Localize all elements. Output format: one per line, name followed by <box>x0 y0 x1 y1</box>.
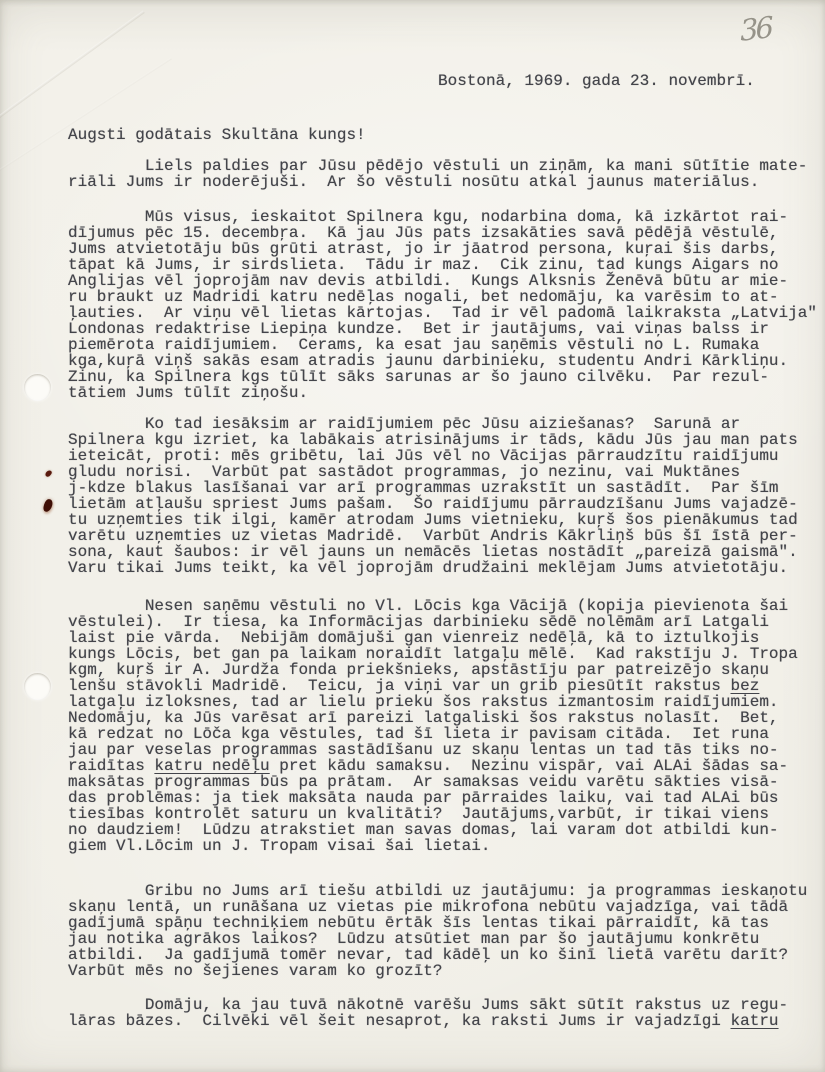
letter-line: Gribu no Jums arī tiešu atbildi uz jautā… <box>68 883 825 899</box>
letter-line: varētu uzņemties uz vietas Madridē. Varb… <box>68 528 825 544</box>
letter-line: ru braukt uz Madridi katru nedēļas nogal… <box>68 289 825 305</box>
letter-line: vēstulei). Ir tiesa, ka Informācijas dar… <box>68 614 825 630</box>
letter-line: atbildi. Ja gadījumā tomēr nevar, tad kā… <box>68 947 825 963</box>
letter-line: no daudziem! Lūdzu atrakstiet man savas … <box>68 822 825 838</box>
letter-line: gadījumā spāņu techniķiem nebūtu ērtāk š… <box>68 915 825 931</box>
paragraph: Liels paldies par Jūsu pēdējo vēstuli un… <box>68 158 825 190</box>
letter-line: skaņu lentā, un runāšana uz vietas pie m… <box>68 899 825 915</box>
letter-line: lāras bāzes. Cilvēki vēl šeit nesaprot, … <box>68 1013 825 1029</box>
letter-line: Londonas redaktrise Liepiņa kundze. Bet … <box>68 321 825 337</box>
letter-line: dījumus pēc 15. decembŗa. Kā jau Jūs pat… <box>68 225 825 241</box>
letter-line: raidītas katru nedēļu pret kādu samaksu.… <box>68 758 825 774</box>
letter-line: tu uzņemties tik ilgi, kamēr atrodam Jum… <box>68 512 825 528</box>
letter-line: piemērota raidījumiem. Cerams, ka esat j… <box>68 337 825 353</box>
date-line: Bostonā, 1969. gada 23. novembrī. <box>438 73 755 89</box>
letter-line: Nedomāju, ka Jūs varēsat arī pareizi lat… <box>68 710 825 726</box>
letter-line: ļauties. Ar viņu vēl lietas kārtojas. Ta… <box>68 305 825 321</box>
letter-line: laist pie vārda. Nebijām domājuši gan vi… <box>68 630 825 646</box>
letter-line: Jums atvietotāju būs grūti atrast, jo ir… <box>68 241 825 257</box>
paragraph: Gribu no Jums arī tiešu atbildi uz jautā… <box>68 883 825 979</box>
rust-stain-large <box>43 498 54 513</box>
letter-line: giem Vl.Lōcim un J. Tropam visai šai lie… <box>68 838 825 854</box>
letter-body: Liels paldies par Jūsu pēdējo vēstuli un… <box>68 158 825 1029</box>
letter-page: 36 Bostonā, 1969. gada 23. novembrī. Aug… <box>0 0 825 1072</box>
letter-line: gludu norisi. Varbūt pat sastādot progra… <box>68 464 825 480</box>
letter-line: kungs Lōcis, bet gan pa laikam noraidīt … <box>68 646 825 662</box>
letter-line: maksātas programmas būs pa prātam. Ar sa… <box>68 774 825 790</box>
letter-line: tāpat kā Jums, ir sirdslieta. Tādu ir ma… <box>68 257 825 273</box>
letter-line: tiesības kontrolēt saturu un kvalitāti? … <box>68 806 825 822</box>
punch-hole-bottom <box>24 673 51 700</box>
letter-line: kā redzat no Lōča kga vēstules, tad šī l… <box>68 726 825 742</box>
letter-line: Varbūt mēs no šejienes varam ko grozīt? <box>68 963 825 979</box>
paragraph: Mūs visus, ieskaitot Spilnera kgu, nodar… <box>68 209 825 401</box>
letter-line: riāli Jums ir noderējuši. Ar šo vēstuli … <box>68 174 825 190</box>
punch-hole-top <box>24 374 51 401</box>
paragraph: Ko tad iesāksim ar raidījumiem pēc Jūsu … <box>68 416 825 576</box>
letter-line: Nesen saņēmu vēstuli no Vl. Lōcis kga Vā… <box>68 598 825 614</box>
pencil-page-number: 36 <box>739 10 771 48</box>
letter-line: Ko tad iesāksim ar raidījumiem pēc Jūsu … <box>68 416 825 432</box>
letter-line: tātiem Jums tūlīt ziņošu. <box>68 385 825 401</box>
letter-line: Liels paldies par Jūsu pēdējo vēstuli un… <box>68 158 825 174</box>
letter-line: Zinu, ka Spilnera kgs tūlīt sāks sarunas… <box>68 369 825 385</box>
rust-stain-small <box>44 469 52 478</box>
letter-line: jau par veselas programmas sastādīšanu u… <box>68 742 825 758</box>
letter-line: Mūs visus, ieskaitot Spilnera kgu, nodar… <box>68 209 825 225</box>
letter-line: jau notika agrākos laikos? Lūdzu atsūtie… <box>68 931 825 947</box>
letter-line: kgm, kuŗš ir A. Jurdža fonda priekšnieks… <box>68 662 825 678</box>
paper-crease <box>0 10 145 124</box>
letter-line: Domāju, ka jau tuvā nākotnē varēšu Jums … <box>68 997 825 1013</box>
salutation: Augsti godātais Skultāna kungs! <box>68 127 366 143</box>
underlined-text: katru <box>731 1012 779 1030</box>
paragraph: Nesen saņēmu vēstuli no Vl. Lōcis kga Vā… <box>68 598 825 854</box>
letter-line: lenšu stāvokli Madridē. Teicu, ja viņi v… <box>68 678 825 694</box>
letter-line: sona, kaut šaubos: ir vēl jauns un nemāc… <box>68 544 825 560</box>
letter-line: das problēmas: ja tiek maksāta nauda par… <box>68 790 825 806</box>
letter-line: lietām atļaušu spriest Jums pašam. Šo ra… <box>68 496 825 512</box>
letter-line: j-kdze blakus lasīšanai var arī programm… <box>68 480 825 496</box>
letter-line: Anglijas vēl joprojām nav devis atbildi.… <box>68 273 825 289</box>
paragraph: Domāju, ka jau tuvā nākotnē varēšu Jums … <box>68 997 825 1029</box>
letter-line: kga,kuŗā viņš sakās esam atradis jaunu d… <box>68 353 825 369</box>
letter-line: Spilnera kgu izriet, ka labākais atrisin… <box>68 432 825 448</box>
letter-line: ieteicāt, proti: mēs gribētu, lai Jūs vē… <box>68 448 825 464</box>
letter-line: latgaļu izloksnes, tad ar lielu prieku š… <box>68 694 825 710</box>
letter-line: Varu tikai Jums teikt, ka vēl joprojām d… <box>68 560 825 576</box>
